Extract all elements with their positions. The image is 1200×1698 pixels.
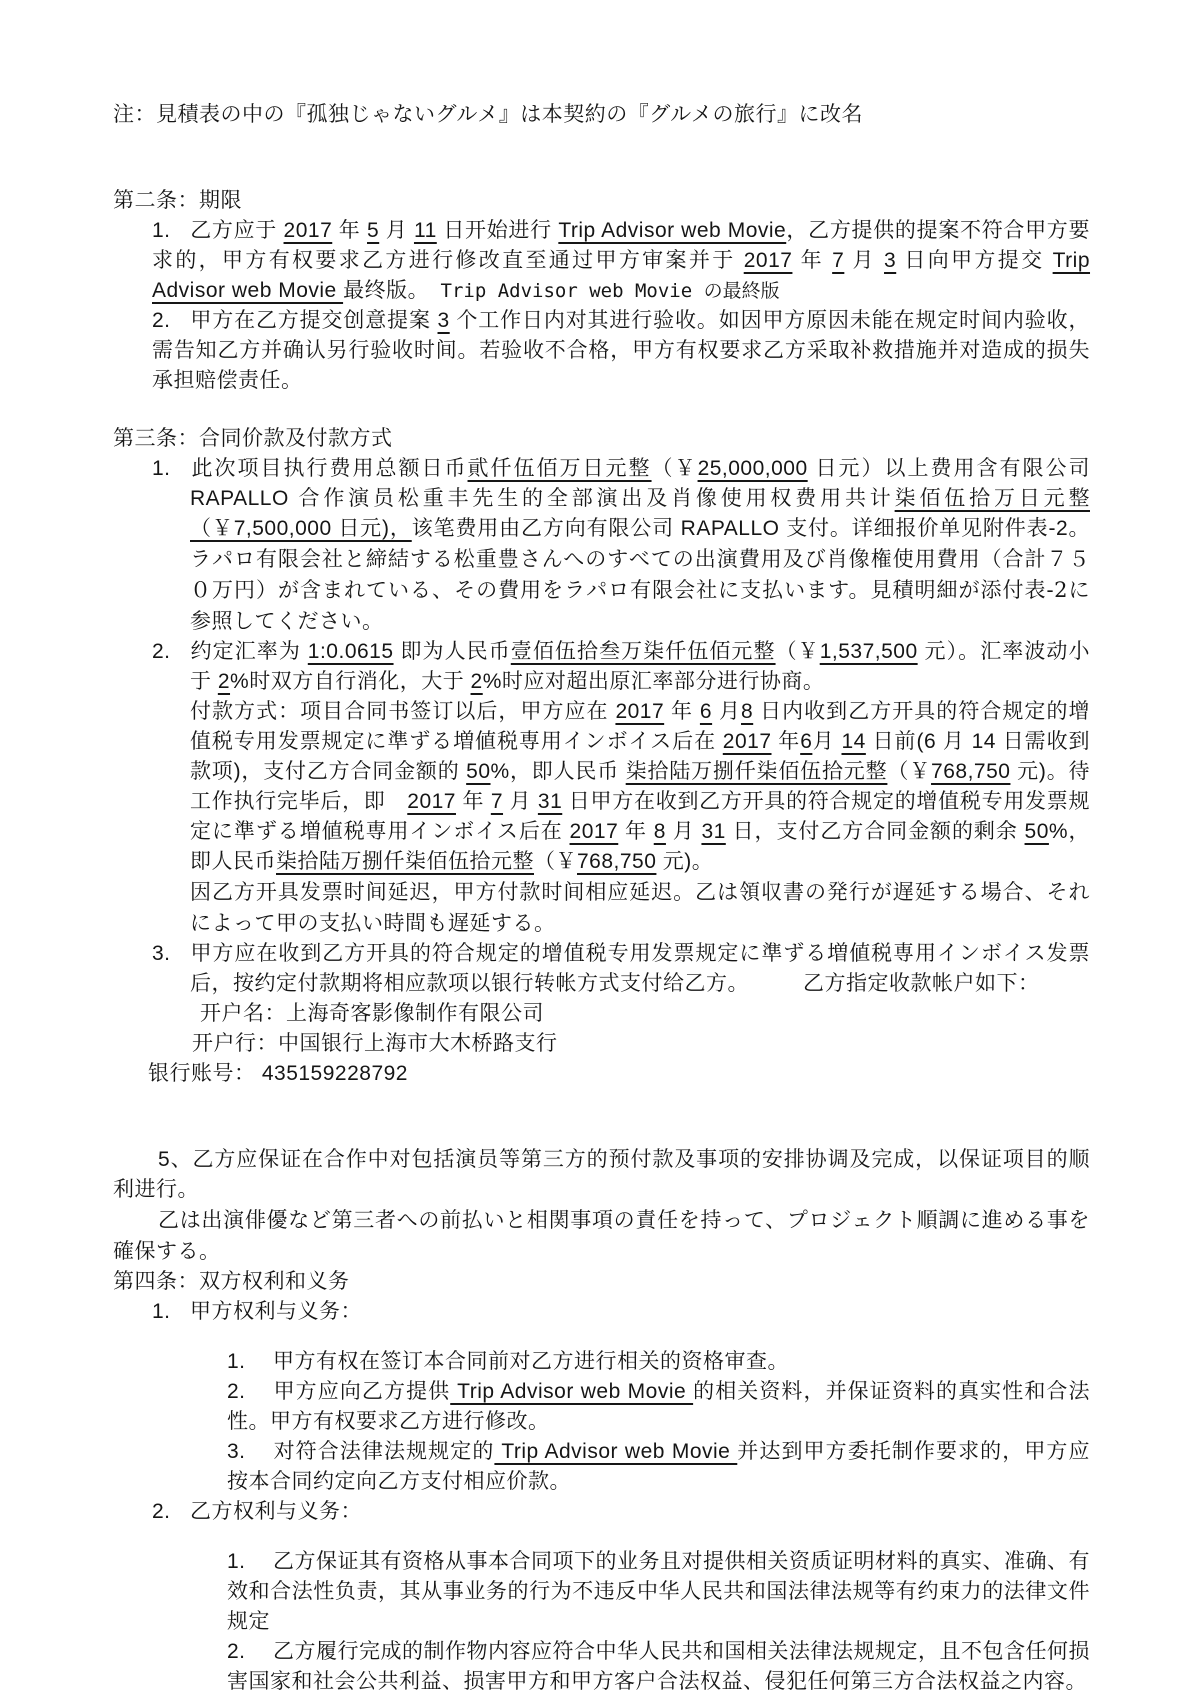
text-run: 注：見積表の中の『孤独じゃないグルメ』は本契約の『グルメの旅行』に改名 — [113, 103, 863, 126]
text-run: 2017 — [615, 700, 664, 723]
list-number: 2. — [152, 637, 190, 667]
spacer — [113, 1089, 1090, 1145]
text-run: （￥ — [887, 760, 931, 783]
clause-5-paragraph: 5、乙方应保证在合作中对包括演员等第三方的预付款及事项的安排协调及完成，以保证项… — [113, 1145, 1090, 1205]
text-run: 开户行：中国银行上海市大木桥路支行 — [192, 1032, 558, 1055]
text-run: 日，支付乙方合同金额的剩余 — [726, 820, 1025, 843]
text-run: %时应对超出原汇率部分进行协商。 — [483, 670, 825, 693]
text-run: 该笔费用由乙方向有限公司 RAPALLO 支付。详细报价单见附件表-2。 — [412, 517, 1090, 540]
text-run: 元)。 — [656, 850, 713, 873]
text-run: 月 — [712, 700, 741, 723]
text-run: 8 — [741, 700, 753, 723]
text-run: 2 — [218, 670, 230, 693]
text-run: 年 — [456, 790, 491, 813]
list-item: 2.约定汇率为 1:0.0615 即为人民币壹佰伍拾叁万柒仟伍佰元整（￥1,53… — [113, 637, 1090, 697]
text-run: 因乙方开具发票时间延迟，甲方付款时间相应延迟。 — [190, 881, 695, 904]
section-heading-article-4: 第四条：双方权利和义务 — [113, 1267, 1090, 1297]
list-number: 1. — [152, 216, 190, 246]
list-number: 1. — [152, 1297, 190, 1327]
text-run: 50 — [1025, 820, 1049, 843]
text-run: 3 — [438, 309, 450, 332]
list-item: 2.甲方在乙方提交创意提案 3 个工作日内对其进行验收。如因甲方原因未能在规定时… — [113, 306, 1090, 396]
text-run: 50 — [466, 760, 490, 783]
text-run: 乙方保证其有资格从事本合同项下的业务且对提供相关资质证明材料的真实、准确、有效和… — [227, 1550, 1090, 1633]
spacer — [113, 1527, 1090, 1547]
spacer — [113, 1327, 1090, 1347]
text-run: （￥ — [652, 457, 698, 480]
text-run: 月 — [379, 219, 414, 242]
list-number: 1. — [227, 1547, 273, 1577]
text-run: 银行账号： 435159228792 — [148, 1062, 408, 1085]
text-run: 2 — [471, 670, 483, 693]
list-item: 1.此次项目执行费用总额日币貮仟伍佰万日元整（￥25,000,000 日元）以上… — [113, 454, 1090, 637]
text-run: 第二条：期限 — [113, 189, 242, 212]
text-run: 25,000,000 — [698, 457, 808, 480]
text-run: 6 — [700, 700, 712, 723]
list-number: 2. — [152, 306, 190, 336]
text-run: 2017 — [284, 219, 333, 242]
text-run: 最终版。 — [343, 279, 429, 302]
text-run: %，即人民币 — [491, 760, 626, 783]
text-run: Trip Advisor web Movie — [494, 1440, 737, 1463]
text-run: 年 — [772, 730, 801, 753]
text-run: Trip Advisor web Movie — [450, 1380, 693, 1403]
list-number: 3. — [227, 1437, 273, 1467]
sub-list-item: 1.甲方有权在签订本合同前对乙方进行相关的资格审查。 — [113, 1347, 1090, 1377]
text-run: 6 — [800, 730, 812, 753]
text-run: Trip Advisor web Movie の最終版 — [429, 280, 780, 302]
note-line: 注：見積表の中の『孤独じゃないグルメ』は本契約の『グルメの旅行』に改名 — [113, 100, 1090, 130]
text-run: 对符合法律法规规定的 — [273, 1440, 494, 1463]
text-run: ラパロ有限会社と締結する松重豊さんへのすべての出演費用及び肖像権使用費用（合計７… — [190, 547, 1090, 633]
text-run: 甲方应向乙方提供 — [273, 1380, 450, 1403]
list-number: 1. — [227, 1347, 273, 1377]
text-run: 即为人民币 — [394, 640, 511, 663]
text-run: 2017 — [723, 730, 772, 753]
spacer — [113, 396, 1090, 424]
bank-account-name-line: 开户名：上海奇客影像制作有限公司 — [113, 999, 1090, 1029]
list-number: 3. — [152, 939, 190, 969]
text-run: 1:0.0615 — [308, 640, 394, 663]
text-run: 柒佰伍拾万日元整 — [895, 487, 1090, 510]
text-run: 5 — [367, 219, 379, 242]
text-run: 开户名：上海奇客影像制作有限公司 — [200, 1002, 544, 1025]
text-run: 乙方应于 — [190, 219, 284, 242]
text-run: 2017 — [744, 249, 793, 272]
text-run: 此次项目执行费用总额日币 — [190, 457, 468, 480]
text-run: 壹佰伍拾叁万柒仟伍佰元整 — [511, 640, 776, 663]
text-run: Trip Advisor web Movie — [558, 219, 786, 242]
text-run: （￥7,500,000 日元)， — [190, 517, 412, 540]
text-run: 乙方履行完成的制作物内容应符合中华人民共和国相关法律法规规定，且不包含任何损害国… — [227, 1640, 1090, 1693]
bank-account-number-line: 银行账号： 435159228792 — [113, 1059, 1090, 1089]
text-run: （￥ — [534, 850, 577, 873]
sub-list-item: 3.对符合法律法规规定的 Trip Advisor web Movie 并达到甲… — [113, 1437, 1090, 1497]
text-run: 付款方式：项目合同书签订以后，甲方应在 — [190, 700, 615, 723]
text-run: 日开始进行 — [437, 219, 559, 242]
text-run: 第三条：合同价款及付款方式 — [113, 427, 393, 450]
text-run: 31 — [538, 790, 562, 813]
text-run: 3 — [884, 249, 896, 272]
text-run: 柒拾陆万捌仟柒佰伍拾元整 — [276, 850, 534, 873]
list-item: 1.甲方权利与义务： — [113, 1297, 1090, 1327]
text-run: 11 — [414, 219, 437, 242]
text-run: 月 — [503, 790, 538, 813]
section-heading-article-3: 第三条：合同价款及付款方式 — [113, 424, 1090, 454]
contract-page: 注：見積表の中の『孤独じゃないグルメ』は本契約の『グルメの旅行』に改名第二条：期… — [0, 0, 1200, 1698]
sub-list-item: 1.乙方保证其有资格从事本合同项下的业务且对提供相关资质证明材料的真实、准确、有… — [113, 1547, 1090, 1637]
text-run: 7 — [491, 790, 503, 813]
text-run: 甲方在乙方提交创意提案 — [190, 309, 438, 332]
text-run: 甲方有权在签订本合同前对乙方进行相关的资格审查。 — [273, 1350, 789, 1373]
text-run: 月 — [844, 249, 884, 272]
text-run: 年 — [332, 219, 367, 242]
late-invoice-paragraph: 因乙方开具发票时间延迟，甲方付款时间相应延迟。乙は領収書の発行が遅延する場合、そ… — [113, 877, 1090, 939]
text-run: 日向甲方提交 — [896, 249, 1052, 272]
text-run: 甲方应在收到乙方开具的符合规定的增值税专用发票规定に準ずる増値税専用インボイス发… — [190, 942, 1090, 995]
text-run: 768,750 — [931, 760, 1010, 783]
text-run: 乙は出演俳優など第三者への前払いと相関事項の責任を持って、プロジェクト順調に進め… — [113, 1208, 1090, 1263]
text-run: 年 — [618, 820, 654, 843]
text-run: 月 — [812, 730, 841, 753]
sub-list-item: 2.甲方应向乙方提供 Trip Advisor web Movie 的相关资料，… — [113, 1377, 1090, 1437]
text-run: 年 — [792, 249, 832, 272]
text-run: 14 — [842, 730, 866, 753]
text-run: 5、乙方应保证在合作中对包括演员等第三方的预付款及事项的安排协调及完成，以保证项… — [113, 1148, 1090, 1201]
text-run: 柒拾陆万捌仟柒佰伍拾元整 — [626, 760, 888, 783]
text-run: 甲方权利与义务： — [190, 1300, 362, 1323]
text-run: （￥ — [776, 640, 820, 663]
list-number: 2. — [227, 1377, 273, 1407]
text-run: 8 — [654, 820, 666, 843]
section-heading-article-2: 第二条：期限 — [113, 186, 1090, 216]
list-item: 3.甲方应在收到乙方开具的符合规定的增值税专用发票规定に準ずる増値税専用インボイ… — [113, 939, 1090, 999]
text-run: 貮仟伍佰万日元整 — [468, 457, 652, 480]
text-run: 第四条：双方权利和义务 — [113, 1270, 350, 1293]
text-run: 约定汇率为 — [190, 640, 308, 663]
list-number: 1. — [152, 454, 190, 484]
list-item: 1.乙方应于 2017 年 5 月 11 日开始进行 Trip Advisor … — [113, 216, 1090, 306]
text-run: 31 — [701, 820, 725, 843]
spacer — [113, 130, 1090, 186]
text-run: 7 — [832, 249, 844, 272]
sub-list-item: 2.乙方履行完成的制作物内容应符合中华人民共和国相关法律法规规定，且不包含任何损… — [113, 1637, 1090, 1697]
text-run: 月 — [666, 820, 702, 843]
text-run: %时双方自行消化，大于 — [230, 670, 471, 693]
list-item: 2.乙方权利与义务： — [113, 1497, 1090, 1527]
document-body: 注：見積表の中の『孤独じゃないグルメ』は本契約の『グルメの旅行』に改名第二条：期… — [113, 100, 1090, 1697]
text-run: 年 — [664, 700, 700, 723]
list-number: 2. — [227, 1637, 273, 1667]
text-run: 768,750 — [577, 850, 656, 873]
clause-5-japanese-paragraph: 乙は出演俳優など第三者への前払いと相関事項の責任を持って、プロジェクト順調に進め… — [113, 1205, 1090, 1267]
text-run: 2017 — [570, 820, 619, 843]
payment-terms-paragraph: 付款方式：项目合同书签订以后，甲方应在 2017 年 6 月8 日内收到乙方开具… — [113, 697, 1090, 877]
text-run: 1,537,500 — [820, 640, 918, 663]
text-run: 乙方权利与义务： — [190, 1500, 362, 1523]
list-number: 2. — [152, 1497, 190, 1527]
text-run: 2017 — [407, 790, 456, 813]
bank-branch-line: 开户行：中国银行上海市大木桥路支行 — [113, 1029, 1090, 1059]
